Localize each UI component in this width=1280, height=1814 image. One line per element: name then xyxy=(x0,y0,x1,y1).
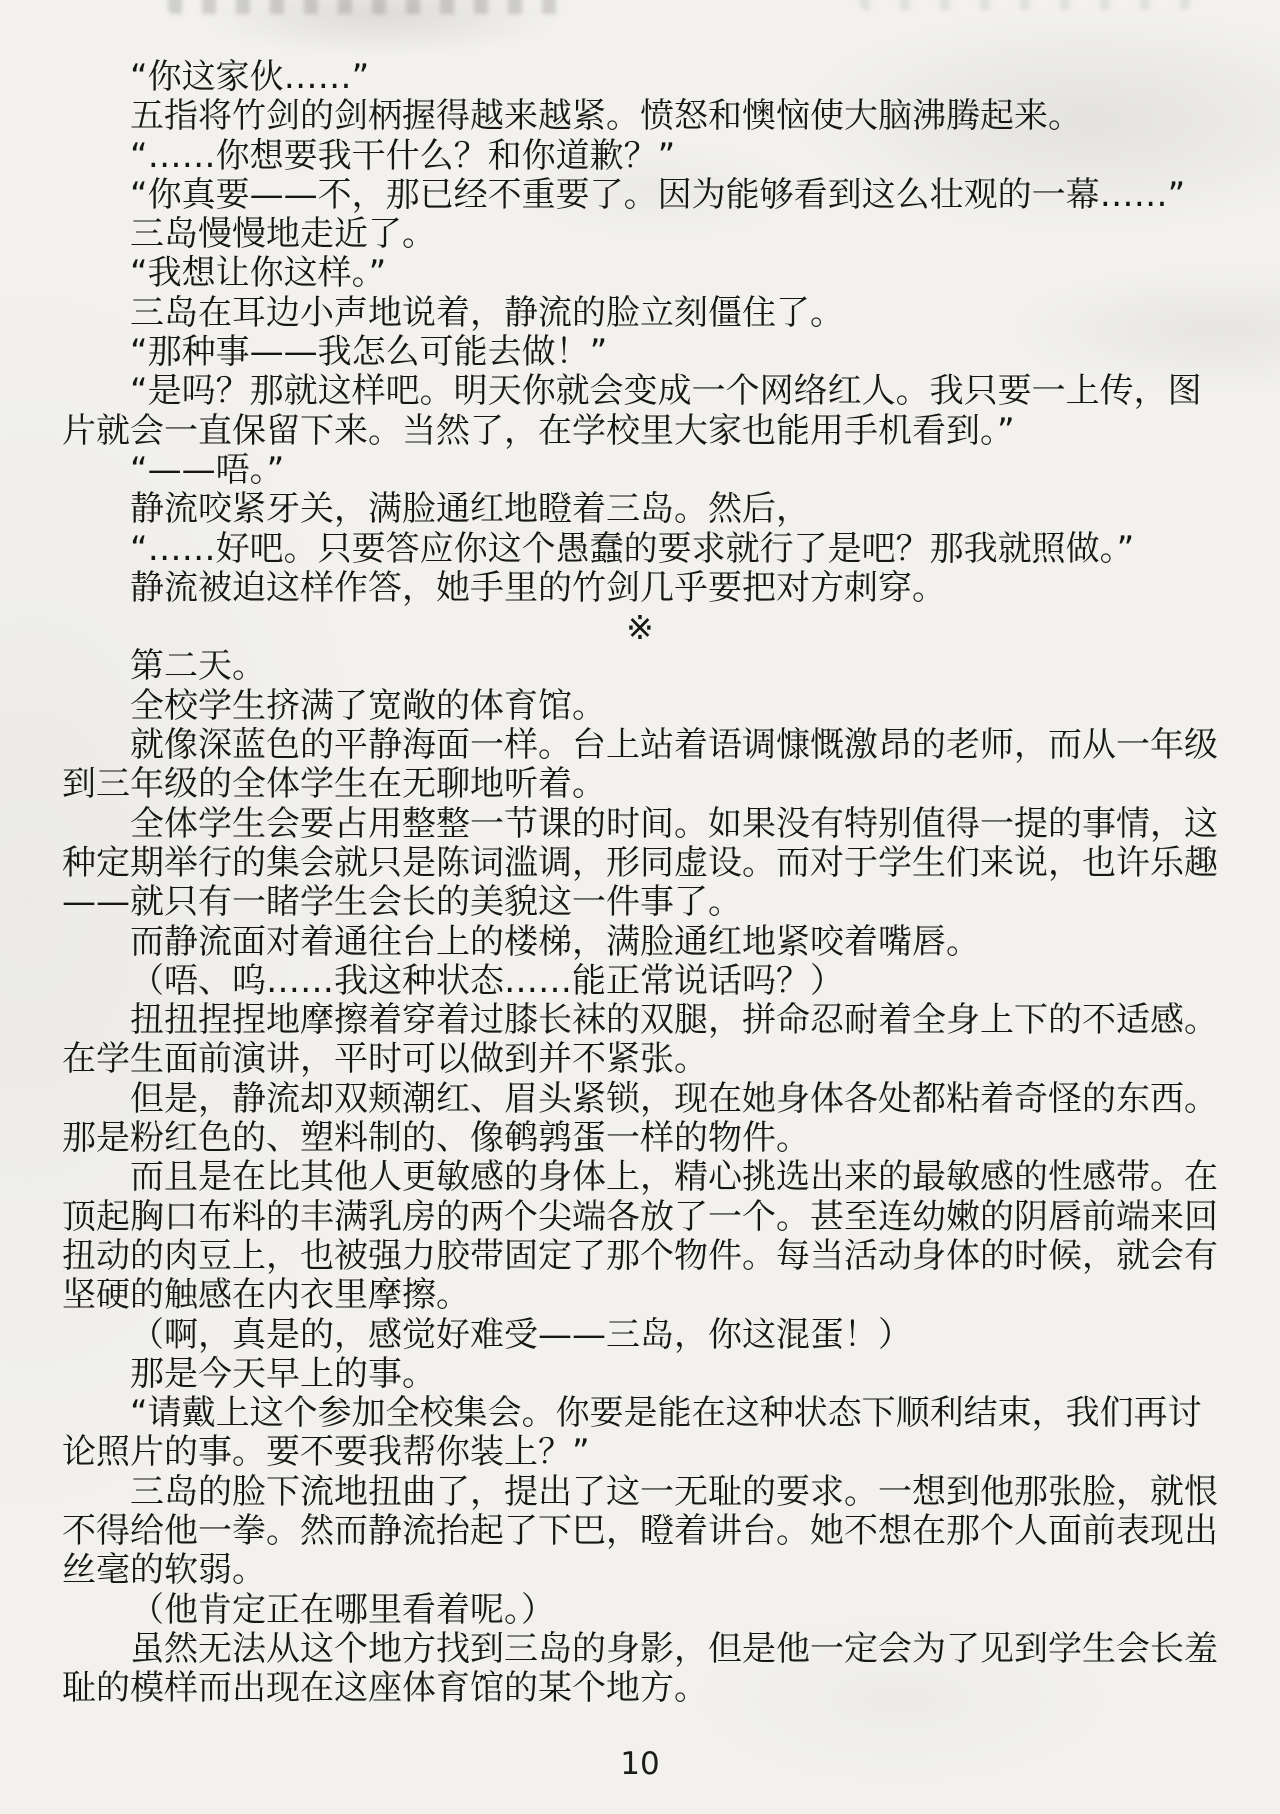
scanned-book-page: { "colors": { "paper": "#f2f1ee", "ink":… xyxy=(0,0,1280,1814)
text-line: 全校学生挤满了宽敞的体育馆。 xyxy=(62,687,1218,726)
text-line: “你这家伙……” xyxy=(62,58,1218,97)
text-line: 第二天。 xyxy=(62,647,1218,686)
text-line: 那是今天早上的事。 xyxy=(62,1355,1218,1394)
text-line: 虽然无法从这个地方找到三岛的身影，但是他一定会为了见到学生会长羞 xyxy=(62,1630,1218,1669)
text-column: “你这家伙……”五指将竹剑的剑柄握得越来越紧。愤怒和懊恼使大脑沸腾起来。“……你… xyxy=(62,58,1218,1708)
text-line: 三岛慢慢地走近了。 xyxy=(62,215,1218,254)
section-divider: ※ xyxy=(62,608,1218,647)
text-line: 顶起胸口布料的丰满乳房的两个尖端各放了一个。甚至连幼嫩的阴唇前端来回 xyxy=(62,1198,1218,1237)
text-line: （啊，真是的，感觉好难受——三岛，你这混蛋！） xyxy=(62,1316,1218,1355)
text-line: 耻的模样而出现在这座体育馆的某个地方。 xyxy=(62,1669,1218,1708)
text-line: 那是粉红色的、塑料制的、像鹌鹑蛋一样的物件。 xyxy=(62,1119,1218,1158)
text-line: 种定期举行的集会就只是陈词滥调，形同虚设。而对于学生们来说，也许乐趣 xyxy=(62,844,1218,883)
text-line: “是吗？那就这样吧。明天你就会变成一个网络红人。我只要一上传，图 xyxy=(62,372,1218,411)
text-line: 不得给他一拳。然而静流抬起了下巴，瞪着讲台。她不想在那个人面前表现出 xyxy=(62,1512,1218,1551)
page-number: 10 xyxy=(0,1746,1280,1782)
text-line: 三岛在耳边小声地说着，静流的脸立刻僵住了。 xyxy=(62,294,1218,333)
text-line: “——唔。” xyxy=(62,451,1218,490)
text-line: 而静流面对着通往台上的楼梯，满脸通红地紧咬着嘴唇。 xyxy=(62,923,1218,962)
text-line: 全体学生会要占用整整一节课的时间。如果没有特别值得一提的事情，这 xyxy=(62,805,1218,844)
text-line: “……好吧。只要答应你这个愚蠢的要求就行了是吧？那我就照做。” xyxy=(62,530,1218,569)
text-line: 丝毫的软弱。 xyxy=(62,1551,1218,1590)
text-line: 五指将竹剑的剑柄握得越来越紧。愤怒和懊恼使大脑沸腾起来。 xyxy=(62,97,1218,136)
text-line: 静流咬紧牙关，满脸通红地瞪着三岛。然后， xyxy=(62,490,1218,529)
scan-artifact-top xyxy=(168,0,568,14)
text-line: “我想让你这样。” xyxy=(62,254,1218,293)
text-line: （唔、呜……我这种状态……能正常说话吗？） xyxy=(62,962,1218,1001)
text-line: “你真要——不，那已经不重要了。因为能够看到这么壮观的一幕……” xyxy=(62,176,1218,215)
text-line: 扭动的肉豆上，也被强力胶带固定了那个物件。每当活动身体的时候，就会有 xyxy=(62,1237,1218,1276)
text-line: 而且是在比其他人更敏感的身体上，精心挑选出来的最敏感的性感带。在 xyxy=(62,1158,1218,1197)
text-line: 就像深蓝色的平静海面一样。台上站着语调慷慨激昂的老师，而从一年级 xyxy=(62,726,1218,765)
text-line: 扭扭捏捏地摩擦着穿着过膝长袜的双腿，拼命忍耐着全身上下的不适感。 xyxy=(62,1001,1218,1040)
text-line: 论照片的事。要不要我帮你装上？” xyxy=(62,1433,1218,1472)
text-line: 三岛的脸下流地扭曲了，提出了这一无耻的要求。一想到他那张脸，就恨 xyxy=(62,1473,1218,1512)
text-line: 在学生面前演讲，平时可以做到并不紧张。 xyxy=(62,1040,1218,1079)
text-line: 片就会一直保留下来。当然了，在学校里大家也能用手机看到。” xyxy=(62,412,1218,451)
text-line: （他肯定正在哪里看着呢。） xyxy=(62,1591,1218,1630)
text-line: 到三年级的全体学生在无聊地听着。 xyxy=(62,765,1218,804)
text-line: 坚硬的触感在内衣里摩擦。 xyxy=(62,1276,1218,1315)
text-line: “……你想要我干什么？和你道歉？” xyxy=(62,137,1218,176)
text-line: 但是，静流却双颊潮红、眉头紧锁，现在她身体各处都粘着奇怪的东西。 xyxy=(62,1080,1218,1119)
text-line: 静流被迫这样作答，她手里的竹剑几乎要把对方刺穿。 xyxy=(62,569,1218,608)
text-line: ——就只有一睹学生会长的美貌这一件事了。 xyxy=(62,883,1218,922)
scan-artifact-top-right xyxy=(860,0,1190,10)
text-line: “请戴上这个参加全校集会。你要是能在这种状态下顺利结束，我们再讨 xyxy=(62,1394,1218,1433)
text-line: “那种事——我怎么可能去做！” xyxy=(62,333,1218,372)
